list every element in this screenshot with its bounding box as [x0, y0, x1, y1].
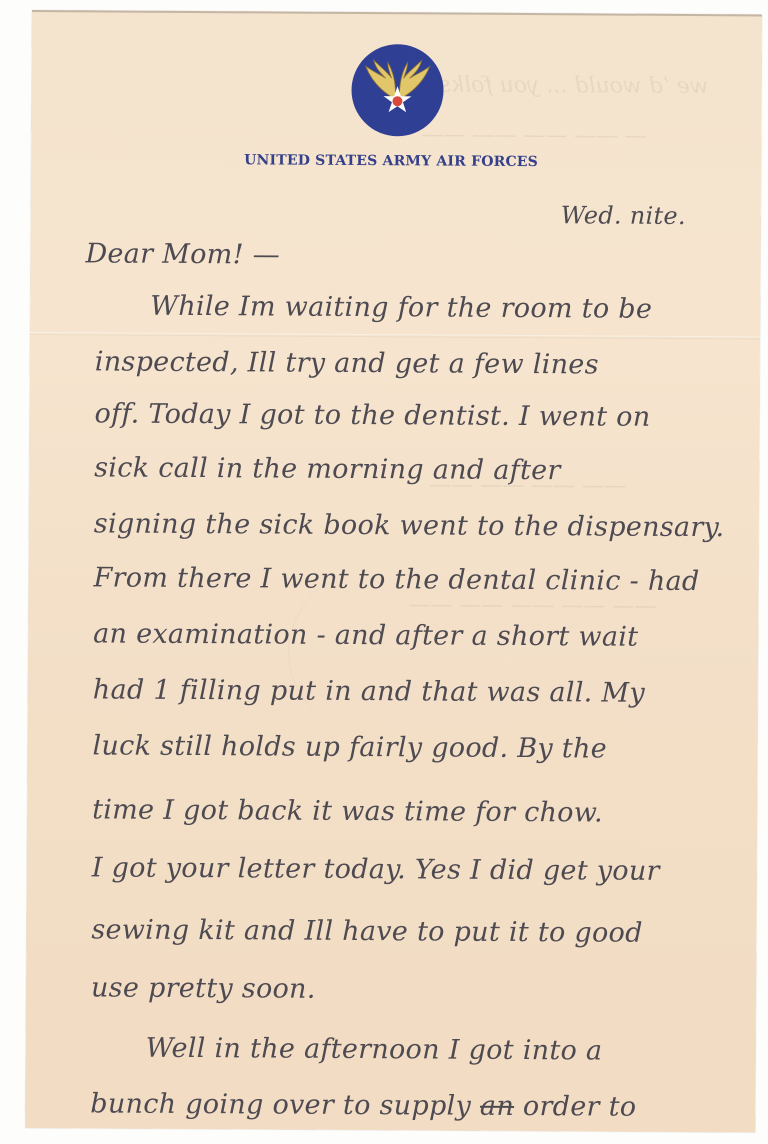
letter-line: off. Today I got to the dentist. I went … [94, 398, 650, 432]
letter-line: bunch going over to supply an order to [90, 1088, 636, 1122]
letter-line: While Im waiting for the room to be [150, 291, 652, 325]
letter-line: sick call in the morning and after [94, 452, 561, 486]
bleed-through-text: we ’d would ... you folks ... [411, 72, 708, 99]
letter-line: use pretty soon. [91, 972, 316, 1004]
letter-line-text: bunch going over to supply [90, 1088, 471, 1121]
bleed-through-text: — —— —— —— —— [421, 122, 647, 148]
letter-line: Well in the afternoon I got into a [146, 1033, 603, 1067]
letter-line: From there I went to the dental clinic -… [93, 562, 699, 597]
paper-fold-line [30, 332, 760, 339]
letter-date: Wed. nite. [561, 201, 686, 230]
letter-line: an examination - and after a short wait [93, 618, 638, 652]
scanned-letter: we ’d would ... you folks ... — —— —— ——… [0, 0, 768, 1144]
letter-line: signing the sick book went to the dispen… [94, 508, 725, 543]
army-air-forces-emblem-icon [349, 42, 446, 139]
struck-word: an [480, 1091, 514, 1122]
letter-line: luck still holds up fairly good. By the [92, 730, 607, 764]
letter-line: inspected, Ill try and get a few lines [95, 346, 599, 380]
letter-line: I got your letter today. Yes I did get y… [92, 852, 660, 886]
letter-line: had 1 filling put in and that was all. M… [93, 674, 645, 708]
letter-paper: we ’d would ... you folks ... — —— —— ——… [25, 10, 762, 1132]
letter-line: time I got back it was time for chow. [92, 794, 603, 828]
letter-salutation: Dear Mom! — [85, 238, 280, 270]
letter-line-end: order to [523, 1091, 637, 1123]
letterhead-title: UNITED STATES ARMY AIR FORCES [211, 152, 571, 170]
letter-line: sewing kit and Ill have to put it to goo… [91, 914, 643, 948]
